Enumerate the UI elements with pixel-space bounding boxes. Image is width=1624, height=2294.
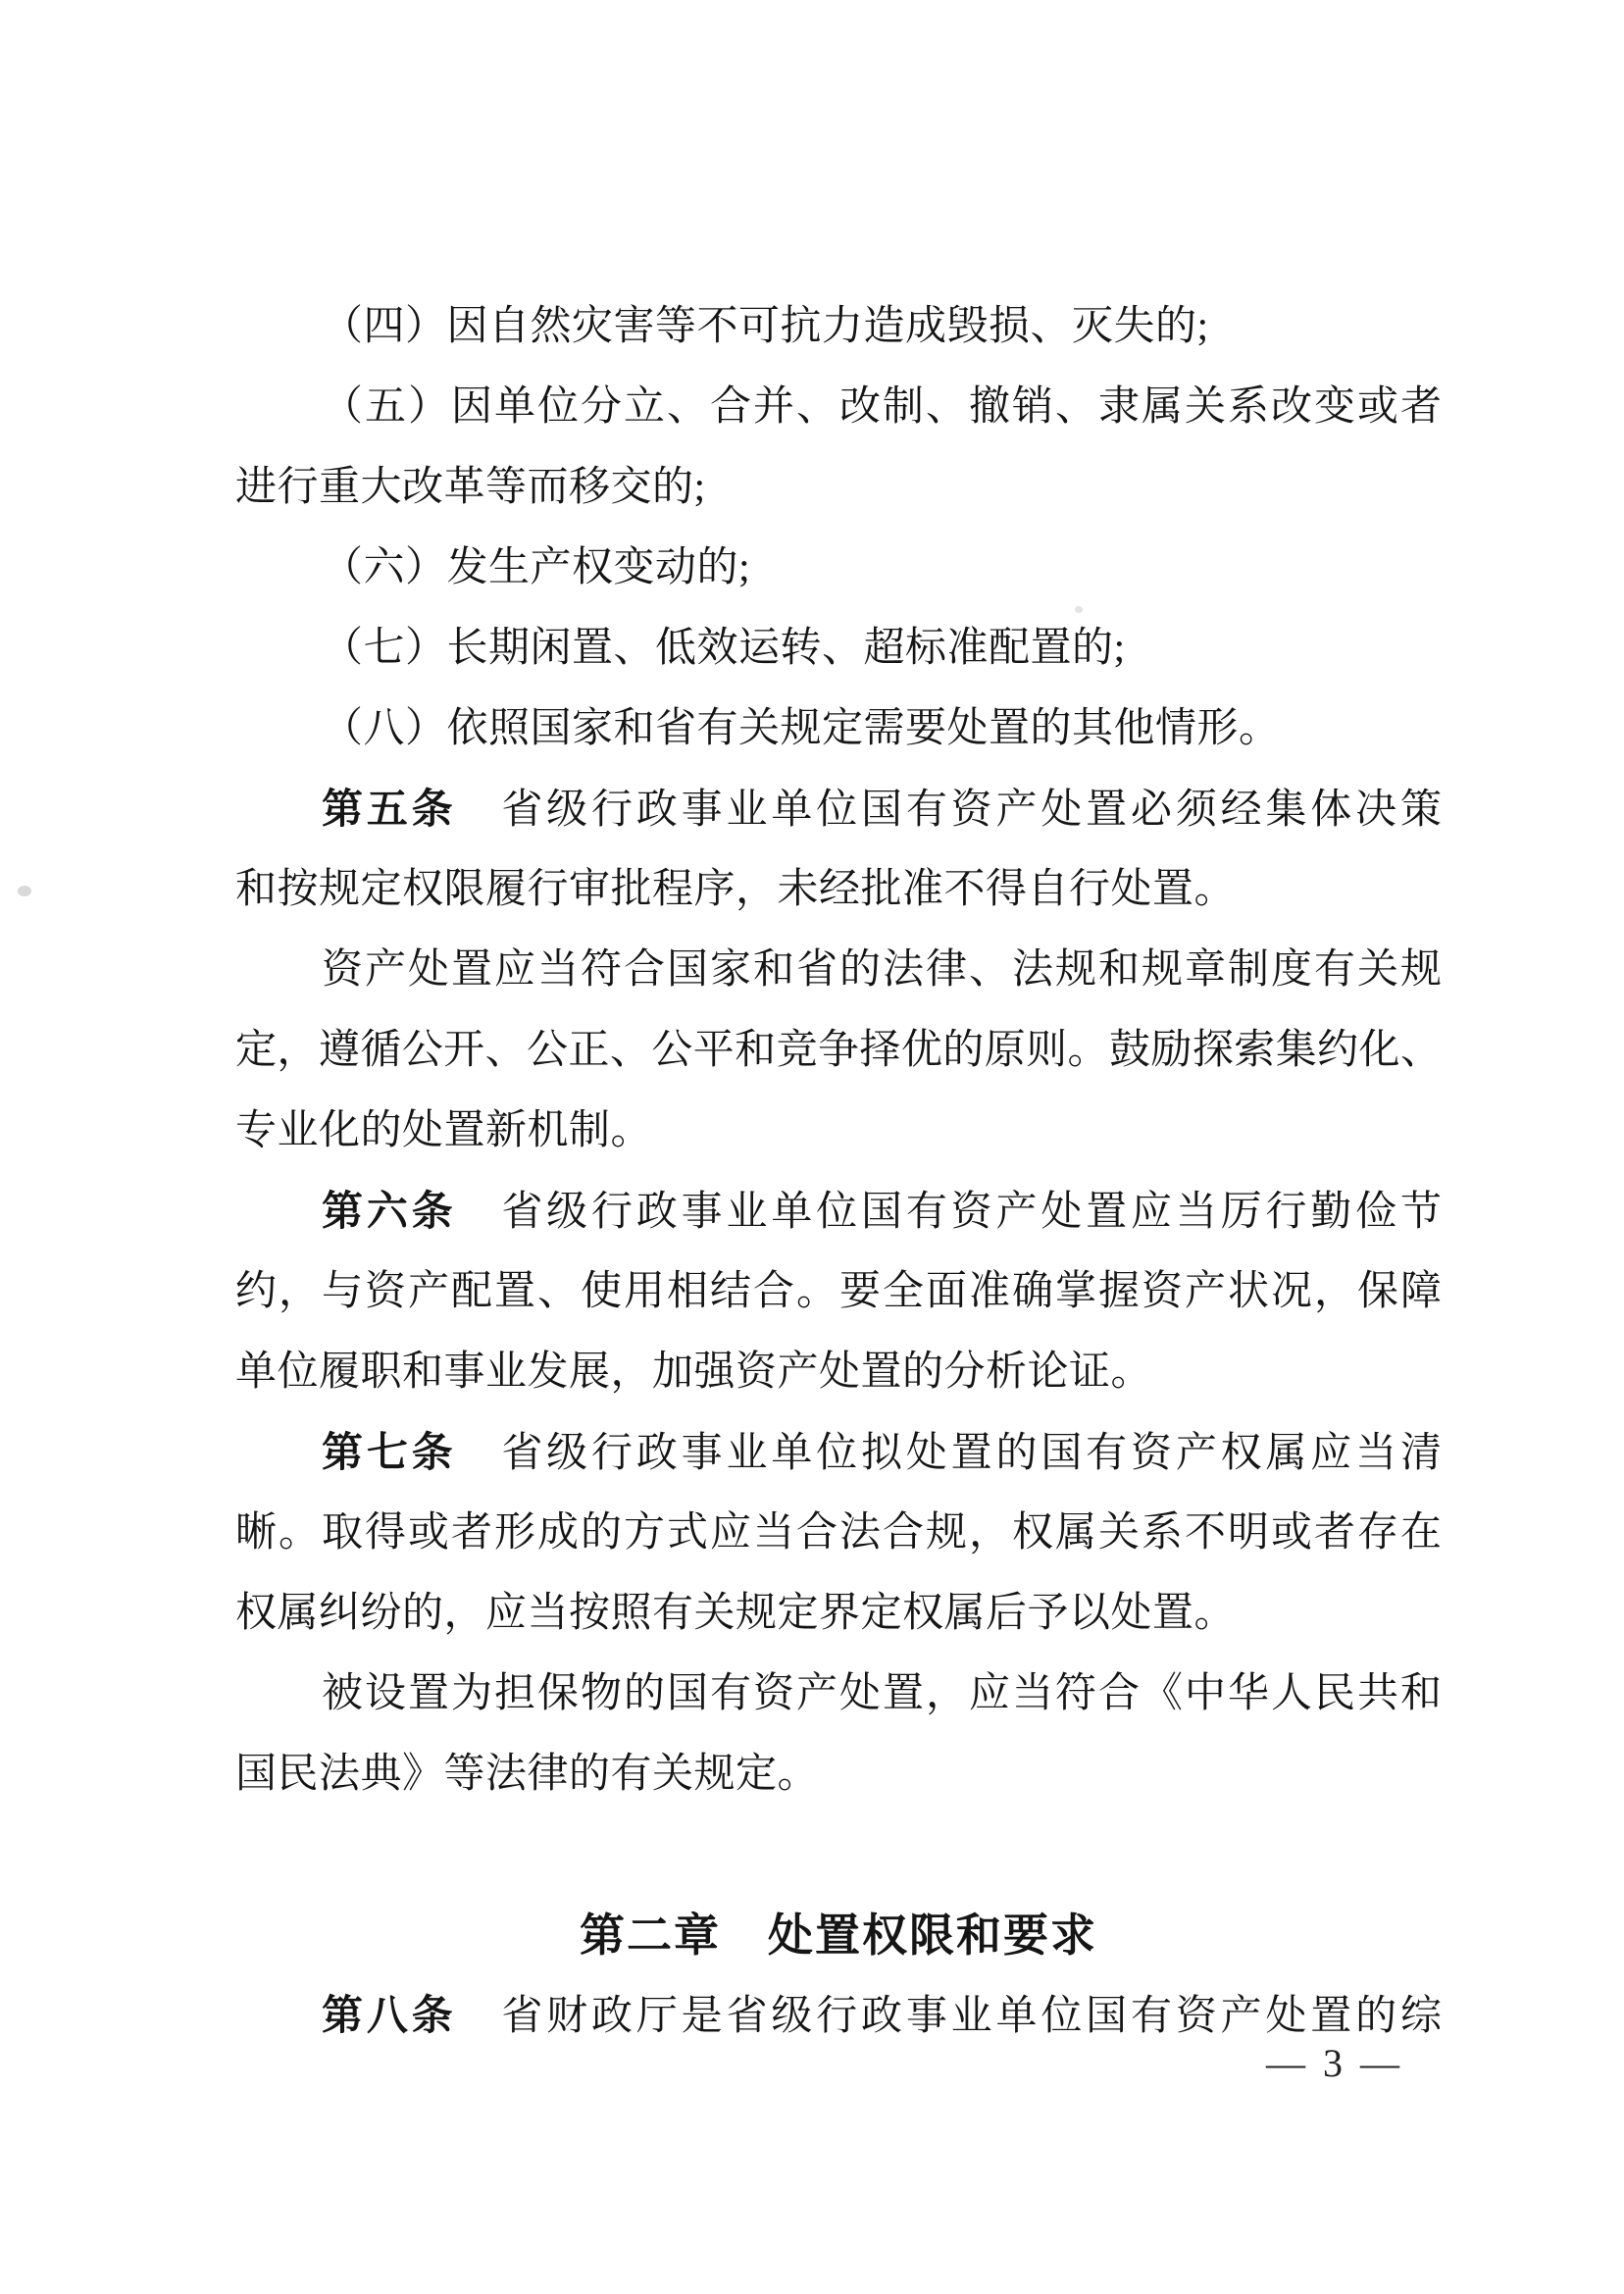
text-line: 第六条 省级行政事业单位国有资产处置应当厉行勤俭节 — [235, 1171, 1442, 1251]
text-line: 第五条 省级行政事业单位国有资产处置必须经集体决策 — [235, 769, 1442, 849]
text-line: 约，与资产配置、使用相结合。要全面准确掌握资产状况，保障 — [235, 1251, 1442, 1332]
document-body: （四）因自然灾害等不可抗力造成毁损、灭失的;（五）因单位分立、合并、改制、撤销、… — [235, 286, 1442, 2056]
text-line: 专业化的处置新机制。 — [235, 1091, 1442, 1171]
article-number-label: 第五条 — [322, 786, 457, 832]
text-line: 和按规定权限履行审批程序，未经批准不得自行处置。 — [235, 849, 1442, 930]
text-line: （四）因自然灾害等不可抗力造成毁损、灭失的; — [235, 286, 1442, 367]
text-line: （八）依照国家和省有关规定需要处置的其他情形。 — [235, 688, 1442, 769]
text-line: 晰。取得或者形成的方式应当合法合规，权属关系不明或者存在 — [235, 1493, 1442, 1573]
text-line: 定，遵循公开、公正、公平和竞争择优的原则。鼓励探索集约化、 — [235, 1010, 1442, 1091]
text-line: 资产处置应当符合国家和省的法律、法规和规章制度有关规 — [235, 930, 1442, 1010]
chapter-heading: 第二章 处置权限和要求 — [235, 1895, 1442, 1975]
text-line: （六）发生产权变动的; — [235, 528, 1442, 608]
article-number-label: 第八条 — [322, 1992, 457, 2038]
text-line: 国民法典》等法律的有关规定。 — [235, 1734, 1442, 1814]
text-line: 被设置为担保物的国有资产处置，应当符合《中华人民共和 — [235, 1654, 1442, 1734]
article-number-label: 第七条 — [322, 1429, 457, 1475]
text-line: 权属纠纷的，应当按照有关规定界定权属后予以处置。 — [235, 1573, 1442, 1654]
text-line: 第八条 省财政厅是省级行政事业单位国有资产处置的综 — [235, 1975, 1442, 2056]
page-number: — 3 — — [1266, 2042, 1403, 2085]
text-line: （七）长期闲置、低效运转、超标准配置的; — [235, 608, 1442, 688]
text-line: 单位履职和事业发展，加强资产处置的分析论证。 — [235, 1332, 1442, 1412]
document-page: （四）因自然灾害等不可抗力造成毁损、灭失的;（五）因单位分立、合并、改制、撤销、… — [0, 0, 1624, 2294]
scan-artifact — [1075, 606, 1083, 613]
article-number-label: 第六条 — [322, 1188, 457, 1234]
text-line: 第七条 省级行政事业单位拟处置的国有资产权属应当清 — [235, 1412, 1442, 1493]
text-line: （五）因单位分立、合并、改制、撤销、隶属关系改变或者 — [235, 367, 1442, 447]
text-line: 进行重大改革等而移交的; — [235, 447, 1442, 528]
blank-line — [235, 1814, 1442, 1895]
scan-artifact — [18, 886, 31, 896]
